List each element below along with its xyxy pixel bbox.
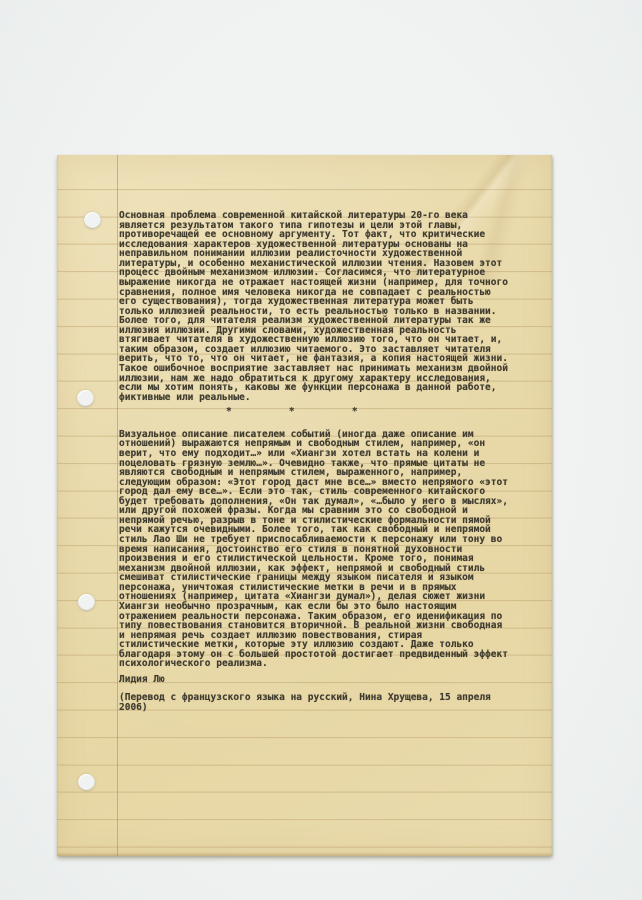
- author-signature: Лидия Лю: [119, 675, 539, 685]
- margin-line: [117, 155, 118, 856]
- punch-hole-1: [84, 212, 101, 229]
- section-separator: * * *: [119, 407, 539, 417]
- photo-background: Основная проблема современной китайской …: [0, 0, 642, 900]
- paper-sheet: Основная проблема современной китайской …: [57, 155, 552, 856]
- punch-hole-4: [78, 774, 95, 791]
- typewritten-text: Основная проблема современной китайской …: [119, 211, 539, 713]
- paragraph-1: Основная проблема современной китайской …: [119, 211, 539, 402]
- translation-note: (Перевод с французского языка на русский…: [119, 693, 539, 712]
- punch-hole-2: [77, 390, 94, 407]
- punch-hole-3: [78, 594, 95, 611]
- paragraph-2: Визуальное описание писателем событий (и…: [119, 430, 539, 669]
